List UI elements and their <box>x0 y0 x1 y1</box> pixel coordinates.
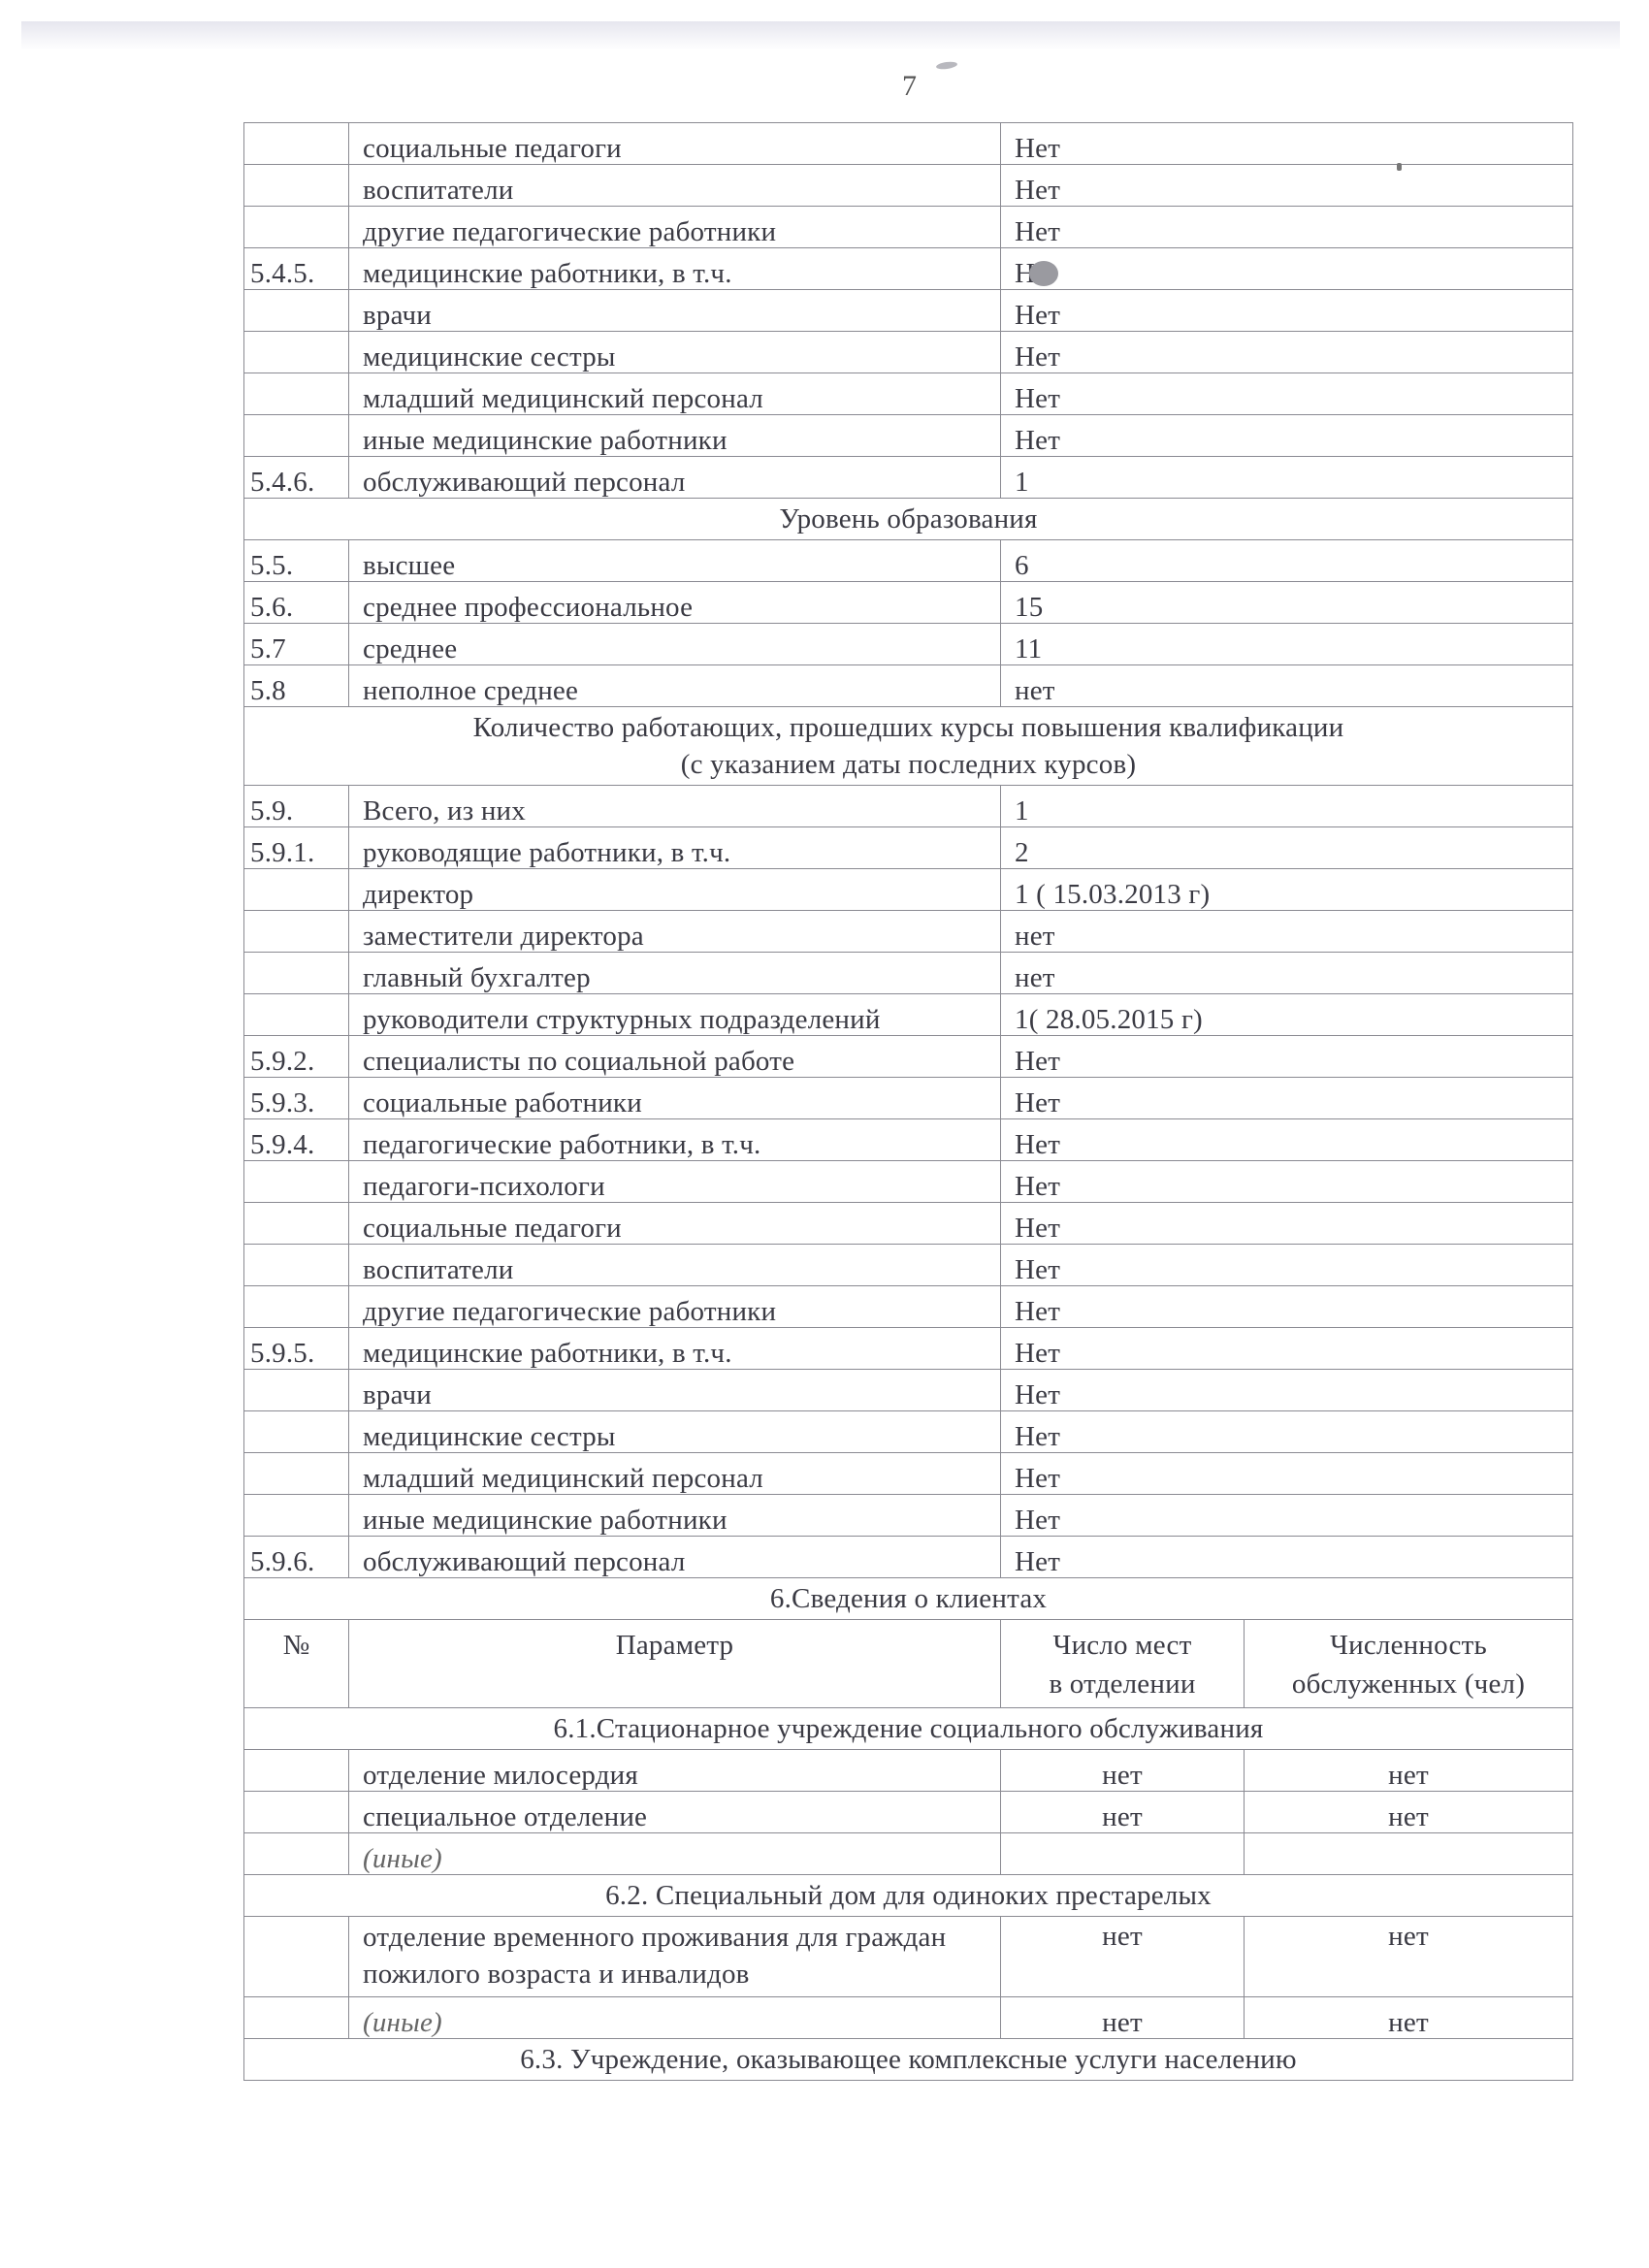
row-served: нет <box>1245 1997 1573 2039</box>
row-label: руководящие работники, в т.ч. <box>349 827 1001 869</box>
row-number <box>244 1833 349 1875</box>
row-label: медицинские работники, в т.ч. <box>349 1328 1001 1370</box>
row-label: иные медицинские работники <box>349 415 1001 457</box>
scan-shadow <box>21 21 1620 50</box>
row-value: Нет <box>1001 1453 1573 1495</box>
section-title-6-1: 6.1.Стационарное учреждение социального … <box>244 1708 1573 1750</box>
table-row: отделение милосердиянетнет <box>244 1750 1573 1792</box>
section-title-education: Уровень образования <box>244 499 1573 540</box>
row-value: 1 <box>1001 786 1573 827</box>
table-row: главный бухгалтернет <box>244 953 1573 994</box>
row-number <box>244 1792 349 1833</box>
row-label: воспитатели <box>349 1245 1001 1286</box>
row-served <box>1245 1833 1573 1875</box>
row-label: директор <box>349 869 1001 911</box>
row-label: социальные педагоги <box>349 1203 1001 1245</box>
row-value: Нет <box>1001 1411 1573 1453</box>
row-value: Нет <box>1001 290 1573 332</box>
row-value: 2 <box>1001 827 1573 869</box>
row-value: Нет <box>1001 1161 1573 1203</box>
row-number <box>244 911 349 953</box>
row-number: 5.9.3. <box>244 1078 349 1119</box>
row-value: Нет <box>1001 1537 1573 1578</box>
row-value: Нет <box>1001 207 1573 248</box>
row-number <box>244 290 349 332</box>
header-served-line2: обслуженных (чел) <box>1258 1665 1559 1703</box>
row-value: Нет <box>1001 123 1573 165</box>
row-label: (иные) <box>349 1997 1001 2039</box>
section-title-6-3: 6.3. Учреждение, оказывающее комплексные… <box>244 2039 1573 2081</box>
row-value: Нет <box>1001 1078 1573 1119</box>
row-value: нет <box>1001 953 1573 994</box>
row-value: 15 <box>1001 582 1573 624</box>
row-label: другие педагогические работники <box>349 207 1001 248</box>
table-row: младший медицинский персоналНет <box>244 1453 1573 1495</box>
row-value: 1( 28.05.2015 г) <box>1001 994 1573 1036</box>
row-label: педагоги-психологи <box>349 1161 1001 1203</box>
row-number <box>244 869 349 911</box>
row-value: Нет <box>1001 1495 1573 1537</box>
row-number: 5.4.5. <box>244 248 349 290</box>
row-label: руководители структурных подразделений <box>349 994 1001 1036</box>
row-number <box>244 1997 349 2039</box>
row-value: 1 <box>1001 457 1573 499</box>
row-label: медицинские работники, в т.ч. <box>349 248 1001 290</box>
row-number: 5.4.6. <box>244 457 349 499</box>
row-label: врачи <box>349 1370 1001 1411</box>
row-value: Н <box>1001 248 1573 290</box>
row-number <box>244 415 349 457</box>
row-value: Нет <box>1001 1119 1573 1161</box>
row-value: Нет <box>1001 1245 1573 1286</box>
row-served: нет <box>1245 1917 1573 1997</box>
row-places: нет <box>1001 1792 1245 1833</box>
scan-smudge <box>936 61 958 71</box>
table-row: другие педагогические работникиНет <box>244 207 1573 248</box>
row-value: 1 ( 15.03.2013 г) <box>1001 869 1573 911</box>
staff-clients-table: социальные педагогиНетвоспитателиНетдруг… <box>243 122 1573 2081</box>
table-row: 5.9.4.педагогические работники, в т.ч.Не… <box>244 1119 1573 1161</box>
row-value: 6 <box>1001 540 1573 582</box>
row-number <box>244 165 349 207</box>
row-number <box>244 207 349 248</box>
row-served: нет <box>1245 1792 1573 1833</box>
row-number <box>244 1453 349 1495</box>
table-row: социальные педагогиНет <box>244 123 1573 165</box>
row-value: Нет <box>1001 1370 1573 1411</box>
table-row: директор1 ( 15.03.2013 г) <box>244 869 1573 911</box>
row-label: обслуживающий персонал <box>349 1537 1001 1578</box>
row-label: врачи <box>349 290 1001 332</box>
table-row: воспитателиНет <box>244 1245 1573 1286</box>
row-number <box>244 373 349 415</box>
row-label: обслуживающий персонал <box>349 457 1001 499</box>
row-label: специальное отделение <box>349 1792 1001 1833</box>
row-number: 5.9.2. <box>244 1036 349 1078</box>
row-number <box>244 1750 349 1792</box>
row-number: 5.8 <box>244 665 349 707</box>
row-number: 5.5. <box>244 540 349 582</box>
header-places-line2: в отделении <box>1015 1665 1230 1703</box>
row-number: 5.6. <box>244 582 349 624</box>
table-row: 5.9.2.специалисты по социальной работеНе… <box>244 1036 1573 1078</box>
row-value: Нет <box>1001 1203 1573 1245</box>
row-label: педагогические работники, в т.ч. <box>349 1119 1001 1161</box>
row-number <box>244 1161 349 1203</box>
row-places <box>1001 1833 1245 1875</box>
table-row: социальные педагогиНет <box>244 1203 1573 1245</box>
row-label: младший медицинский персонал <box>349 373 1001 415</box>
table-row: 5.6.среднее профессиональное15 <box>244 582 1573 624</box>
table-row: врачиНет <box>244 290 1573 332</box>
table-row: другие педагогические работникиНет <box>244 1286 1573 1328</box>
training-title-line1: Количество работающих, прошедших курсы п… <box>258 709 1559 746</box>
table-row: (иные) <box>244 1833 1573 1875</box>
ink-blot <box>1029 261 1058 286</box>
section-title-6-2: 6.2. Специальный дом для одиноких преста… <box>244 1875 1573 1917</box>
row-places: нет <box>1001 1917 1245 1997</box>
row-number <box>244 1245 349 1286</box>
section-title-clients: 6.Сведения о клиентах <box>244 1578 1573 1620</box>
row-number: 5.9.5. <box>244 1328 349 1370</box>
row-label: отделение милосердия <box>349 1750 1001 1792</box>
row-number: 5.9.6. <box>244 1537 349 1578</box>
row-number <box>244 1203 349 1245</box>
table-row: медицинские сестрыНет <box>244 332 1573 373</box>
section-title-training: Количество работающих, прошедших курсы п… <box>244 707 1573 786</box>
row-label: заместители директора <box>349 911 1001 953</box>
row-value: нет <box>1001 665 1573 707</box>
row-value: Нет <box>1001 165 1573 207</box>
table-row: воспитателиНет <box>244 165 1573 207</box>
table-row: 5.9.5.медицинские работники, в т.ч.Нет <box>244 1328 1573 1370</box>
row-label: младший медицинский персонал <box>349 1453 1001 1495</box>
row-places: нет <box>1001 1997 1245 2039</box>
table-row: (иные)нетнет <box>244 1997 1573 2039</box>
row-number <box>244 1286 349 1328</box>
scan-speck <box>1397 163 1402 171</box>
row-label: высшее <box>349 540 1001 582</box>
table-row: педагоги-психологиНет <box>244 1161 1573 1203</box>
row-label: Всего, из них <box>349 786 1001 827</box>
row-label: отделение временного проживания для граж… <box>349 1917 1001 1997</box>
row-label: специалисты по социальной работе <box>349 1036 1001 1078</box>
row-value: 11 <box>1001 624 1573 665</box>
row-value: Нет <box>1001 1328 1573 1370</box>
table-row: 5.4.6.обслуживающий персонал1 <box>244 457 1573 499</box>
row-places: нет <box>1001 1750 1245 1792</box>
row-label: социальные педагоги <box>349 123 1001 165</box>
table-row: врачиНет <box>244 1370 1573 1411</box>
row-label: социальные работники <box>349 1078 1001 1119</box>
row-label: среднее <box>349 624 1001 665</box>
header-served-line1: Численность <box>1258 1626 1559 1665</box>
row-value: Нет <box>1001 1286 1573 1328</box>
row-number <box>244 1370 349 1411</box>
row-label: другие педагогические работники <box>349 1286 1001 1328</box>
table-row: 5.9.3.социальные работникиНет <box>244 1078 1573 1119</box>
table-row: специальное отделениенетнет <box>244 1792 1573 1833</box>
row-label: иные медицинские работники <box>349 1495 1001 1537</box>
row-number <box>244 994 349 1036</box>
row-number: 5.9. <box>244 786 349 827</box>
table-row: младший медицинский персоналНет <box>244 373 1573 415</box>
table-row: 5.8неполное среднеенет <box>244 665 1573 707</box>
header-places: Число меств отделении <box>1001 1620 1245 1708</box>
table-row: 5.9.Всего, из них1 <box>244 786 1573 827</box>
row-number <box>244 1917 349 1997</box>
table-row: 5.5.высшее6 <box>244 540 1573 582</box>
row-label: воспитатели <box>349 165 1001 207</box>
row-label: медицинские сестры <box>349 332 1001 373</box>
row-label: медицинские сестры <box>349 1411 1001 1453</box>
row-number <box>244 1495 349 1537</box>
table-row: иные медицинские работникиНет <box>244 415 1573 457</box>
table-row: 5.9.1.руководящие работники, в т.ч.2 <box>244 827 1573 869</box>
table-row: 5.9.6.обслуживающий персоналНет <box>244 1537 1573 1578</box>
table-row: руководители структурных подразделений1(… <box>244 994 1573 1036</box>
row-number <box>244 123 349 165</box>
row-value: Нет <box>1001 415 1573 457</box>
header-number: № <box>244 1620 349 1708</box>
row-value: Нет <box>1001 332 1573 373</box>
row-number <box>244 953 349 994</box>
row-number: 5.9.4. <box>244 1119 349 1161</box>
header-places-line1: Число мест <box>1015 1626 1230 1665</box>
table-row: заместители директоранет <box>244 911 1573 953</box>
table-row: иные медицинские работникиНет <box>244 1495 1573 1537</box>
row-label: среднее профессиональное <box>349 582 1001 624</box>
header-parameter: Параметр <box>349 1620 1001 1708</box>
row-number <box>244 332 349 373</box>
table-row: медицинские сестрыНет <box>244 1411 1573 1453</box>
row-value: Нет <box>1001 373 1573 415</box>
row-value: Нет <box>1001 1036 1573 1078</box>
row-value: нет <box>1001 911 1573 953</box>
header-served: Численностьобслуженных (чел) <box>1245 1620 1573 1708</box>
table-row: 5.4.5.медицинские работники, в т.ч.Н <box>244 248 1573 290</box>
row-number: 5.9.1. <box>244 827 349 869</box>
row-number: 5.7 <box>244 624 349 665</box>
page-number: 7 <box>902 70 917 103</box>
table-row: 5.7среднее11 <box>244 624 1573 665</box>
training-title-line2: (с указанием даты последних курсов) <box>258 746 1559 783</box>
row-label: главный бухгалтер <box>349 953 1001 994</box>
row-number <box>244 1411 349 1453</box>
table-row: отделение временного проживания для граж… <box>244 1917 1573 1997</box>
row-served: нет <box>1245 1750 1573 1792</box>
row-label: (иные) <box>349 1833 1001 1875</box>
row-label: неполное среднее <box>349 665 1001 707</box>
